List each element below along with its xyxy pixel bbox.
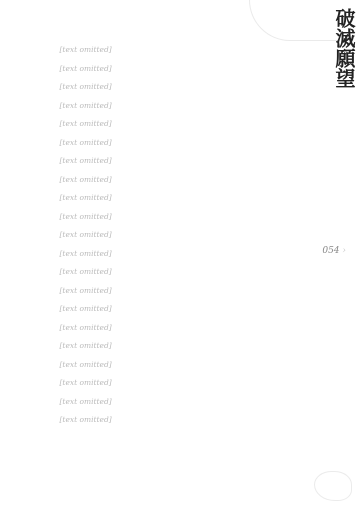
paragraph: [text omitted] [52,174,314,185]
paragraph: [text omitted] [52,396,314,407]
decorative-flourish-bottom [314,471,352,501]
paragraph: [text omitted] [52,377,314,388]
paragraph: [text omitted] [52,100,314,111]
paragraph: [text omitted] [52,322,314,333]
body-text: [text omitted] [text omitted] [text omit… [52,44,314,433]
paragraph: [text omitted] [52,229,314,240]
paragraph: [text omitted] [52,266,314,277]
paragraph: [text omitted] [52,118,314,129]
paragraph: [text omitted] [52,44,314,55]
paragraph: [text omitted] [52,340,314,351]
paragraph: [text omitted] [52,137,314,148]
paragraph: [text omitted] [52,211,314,222]
paragraph: [text omitted] [52,303,314,314]
book-title: 破滅願望 [330,8,354,88]
paragraph: [text omitted] [52,63,314,74]
paragraph: [text omitted] [52,248,314,259]
page-number: 054 [322,246,346,256]
paragraph: [text omitted] [52,81,314,92]
paragraph: [text omitted] [52,414,314,425]
paragraph: [text omitted] [52,155,314,166]
paragraph: [text omitted] [52,192,314,203]
decorative-flourish-top [249,0,340,41]
paragraph: [text omitted] [52,285,314,296]
paragraph: [text omitted] [52,359,314,370]
